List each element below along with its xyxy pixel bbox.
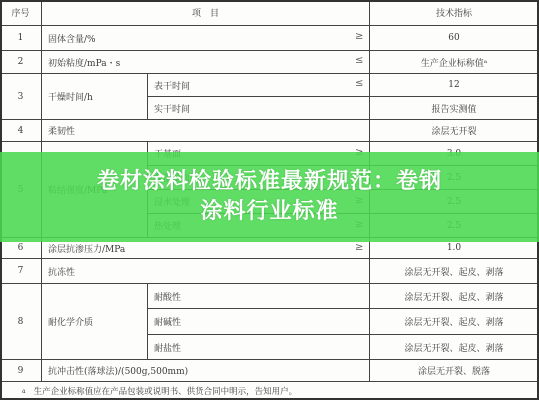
header-no: 序号 <box>0 0 42 26</box>
row-7-item: 抗冻性 <box>42 259 370 284</box>
row-8-no: 8 <box>0 284 42 360</box>
row-2-sign: ≤ <box>355 55 363 66</box>
row-8-sub-1-label: 耐酸性 <box>148 284 370 309</box>
banner-title-line-1: 卷材涂料检验标准最新规范：卷钢 <box>97 167 442 197</box>
row-8-sub-3-label: 耐盐性 <box>148 335 370 360</box>
row-8-sub-2-label: 耐碱性 <box>148 309 370 335</box>
row-3-no: 3 <box>0 74 42 120</box>
footnote: a 生产企业标称值应在产品包装或说明书、供货合同中明示，告知用户。 <box>0 382 539 400</box>
header-spec: 技术指标 <box>370 0 539 26</box>
row-4-item: 柔韧性 <box>42 120 370 142</box>
row-1-spec: 60 <box>370 26 539 51</box>
row-3-sub-2-label: 实干时间 <box>148 97 370 120</box>
row-7-spec: 涂层无开裂、起皮、剥落 <box>370 259 539 284</box>
row-1-item: 固体含量/% <box>42 26 370 51</box>
banner-title-line-2: 涂料行业标准 <box>200 197 338 227</box>
row-9-item: 抗冲击性(落球法)/(500g,500mm) <box>42 360 370 382</box>
row-8-sub-1-spec: 涂层无开裂、起皮、剥落 <box>370 284 539 309</box>
row-3-sub-1-spec: 12 <box>370 74 539 97</box>
row-9-no: 9 <box>0 360 42 382</box>
footnote-text: 生产企业标称值应在产品包装或说明书、供货合同中明示，告知用户。 <box>34 385 298 397</box>
row-3-sub-2-spec: 报告实测值 <box>370 97 539 120</box>
row-3-item: 干燥时间/h <box>42 74 148 120</box>
row-3-sub-1-sign: ≤ <box>355 78 363 89</box>
row-6-sign: ≥ <box>355 242 363 253</box>
row-8-sub-3-spec: 涂层无开裂、起皮、剥落 <box>370 335 539 360</box>
title-banner: 卷材涂料检验标准最新规范：卷钢 涂料行业标准 <box>0 152 539 242</box>
header-item: 项 目 <box>42 0 370 26</box>
row-3-sub-1-label: 表干时间 <box>148 74 370 97</box>
row-2-spec: 生产企业标称值ᵃ <box>370 51 539 74</box>
row-4-no: 4 <box>0 120 42 142</box>
row-7-no: 7 <box>0 259 42 284</box>
row-8-item: 耐化学介质 <box>42 284 148 360</box>
row-1-sign: ≥ <box>355 31 363 42</box>
row-1-no: 1 <box>0 26 42 51</box>
footnote-mark: a <box>22 388 26 395</box>
row-8-sub-2-spec: 涂层无开裂、起皮、剥落 <box>370 309 539 335</box>
row-2-no: 2 <box>0 51 42 74</box>
row-2-item: 初始粘度/mPa・s <box>42 51 370 74</box>
row-4-spec: 涂层无开裂 <box>370 120 539 142</box>
row-9-spec: 涂层无开裂、脱落 <box>370 360 539 382</box>
